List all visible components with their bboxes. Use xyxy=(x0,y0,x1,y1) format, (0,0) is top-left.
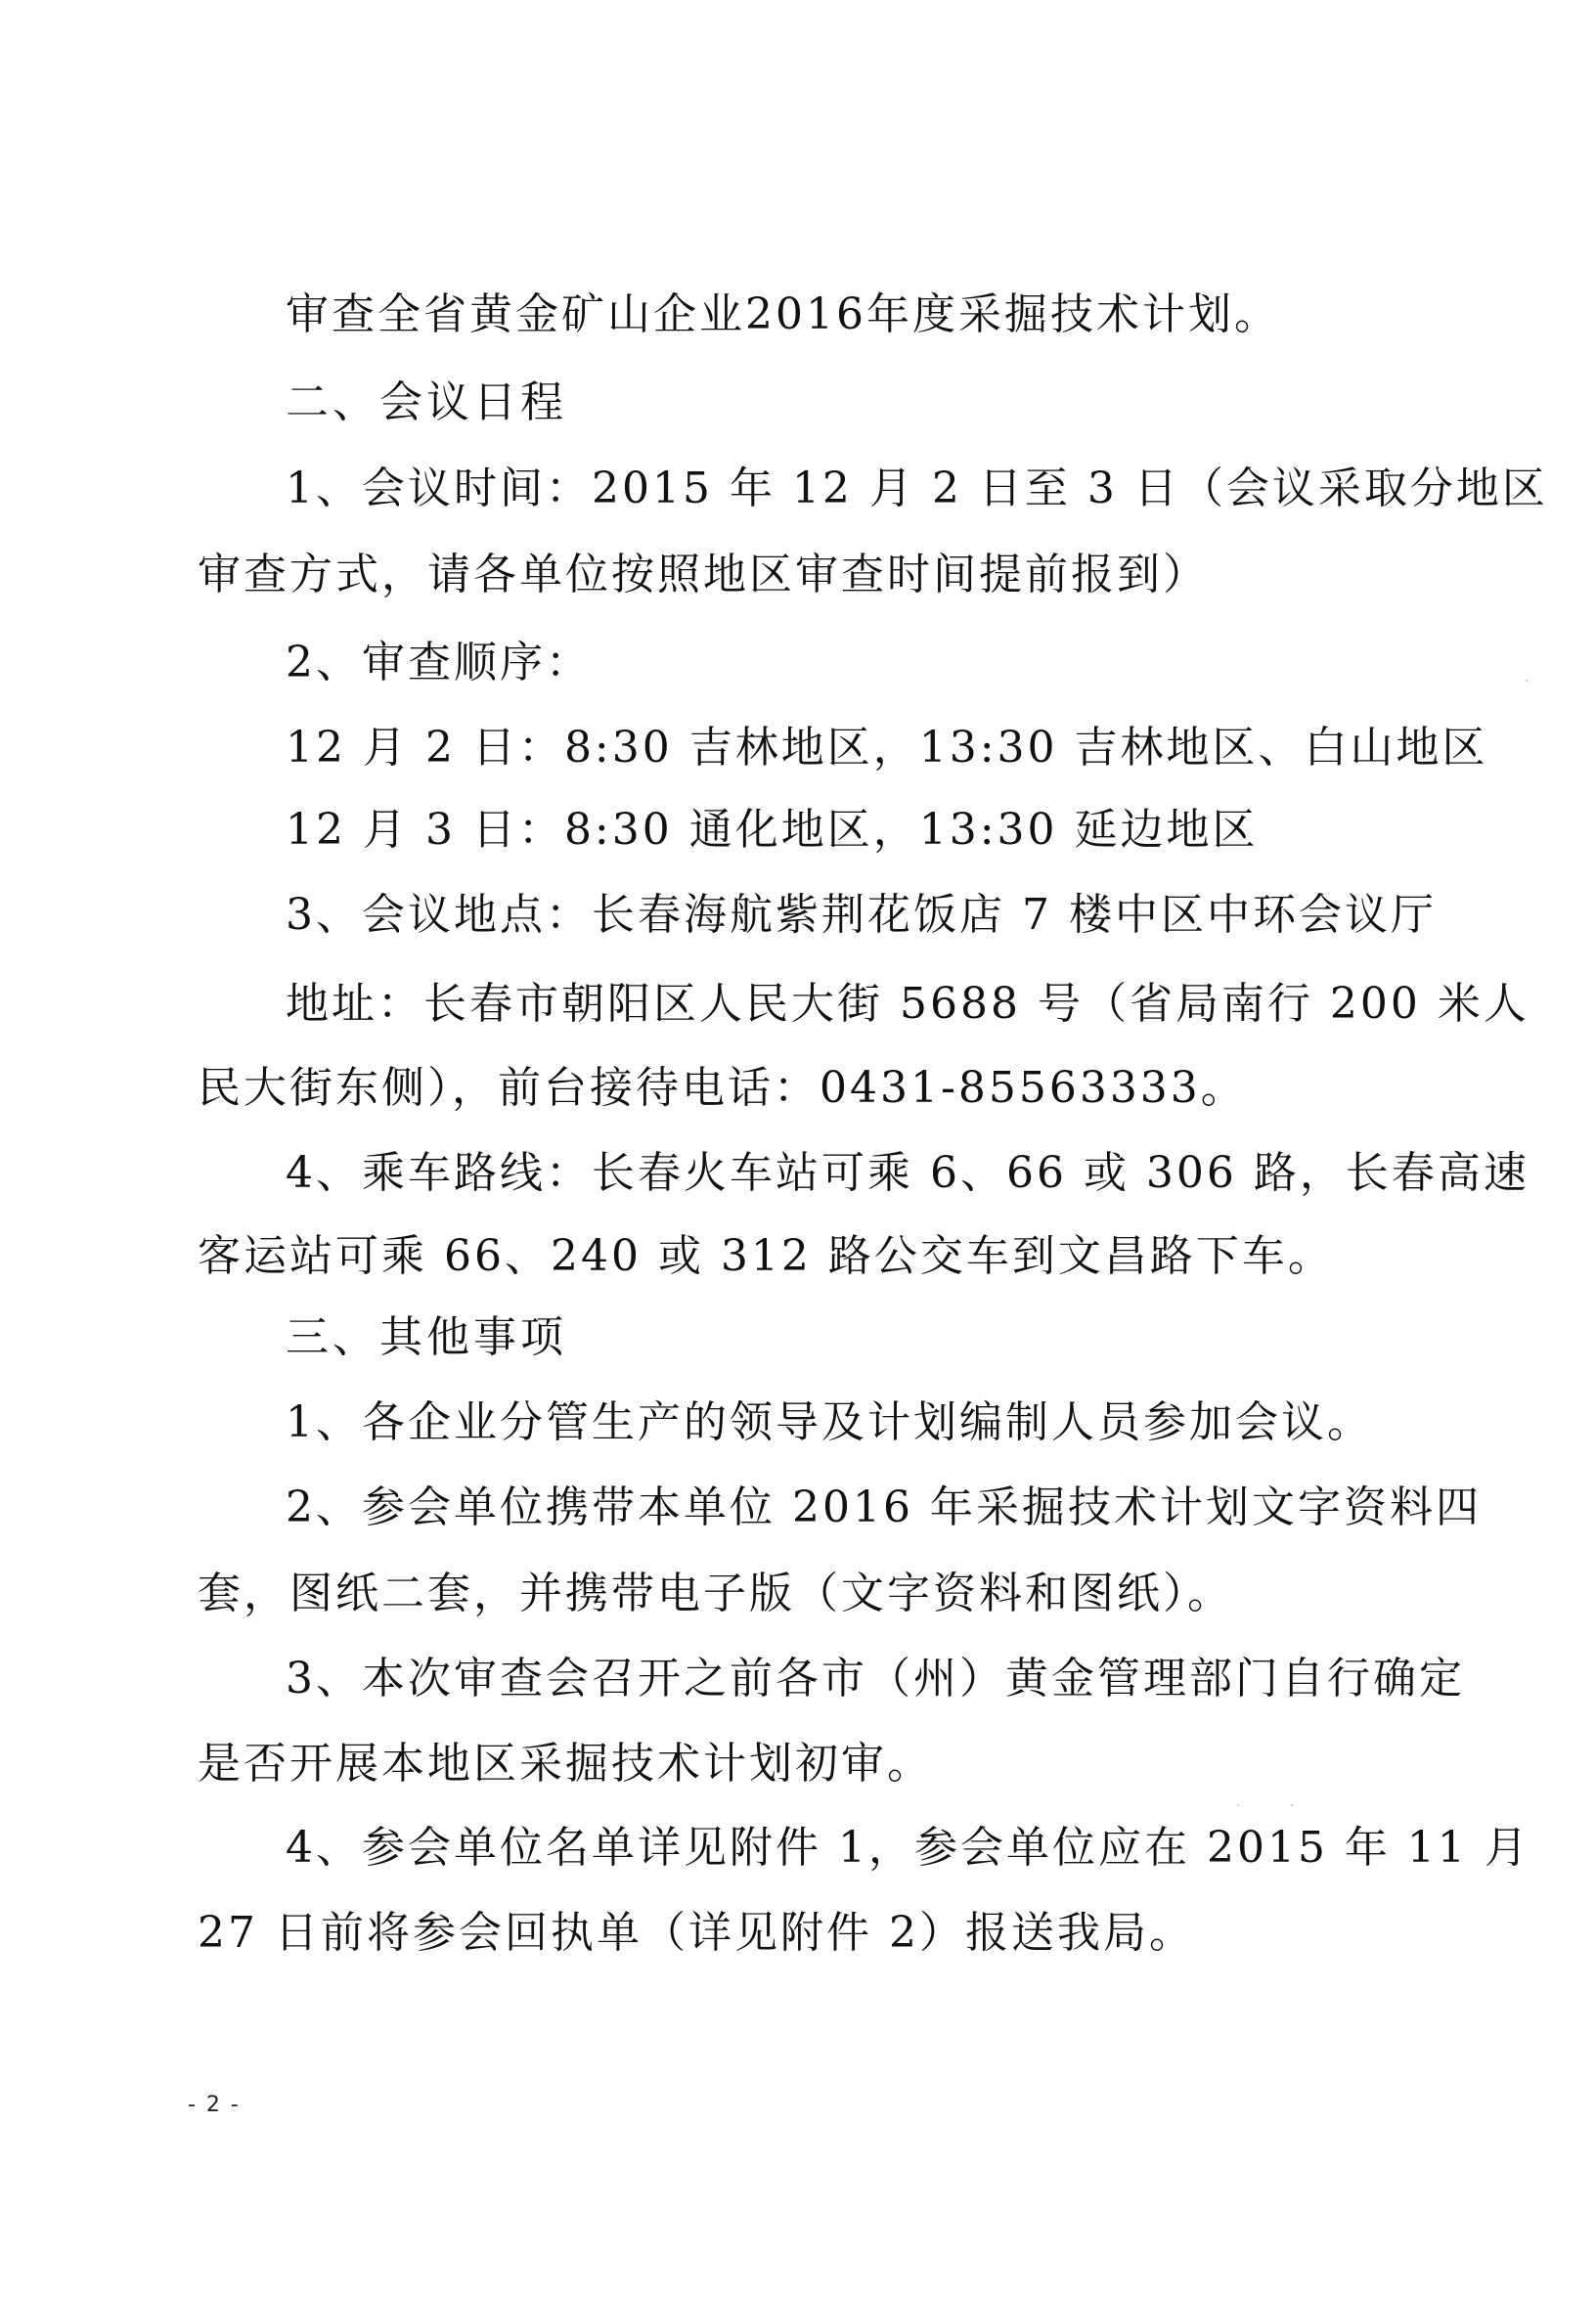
section-heading-other: 三、其他事项 xyxy=(286,1308,1400,1367)
paragraph-line: 套，图纸二套，并携带电子版（文字资料和图纸）。 xyxy=(198,1565,1400,1623)
paragraph-line: 客运站可乘 66、240 或 312 路公交车到文昌路下车。 xyxy=(198,1227,1400,1286)
paragraph-line: 审查方式，请各单位按照地区审查时间提前报到） xyxy=(198,546,1400,604)
scan-speck xyxy=(1526,680,1528,682)
paragraph-line: 3、本次审查会召开之前各市（州）黄金管理部门自行确定 xyxy=(286,1650,1400,1708)
scan-speck xyxy=(1237,1804,1239,1806)
paragraph-line: 4、参会单位名单详见附件 1，参会单位应在 2015 年 11 月 xyxy=(286,1819,1400,1878)
page-number: - 2 - xyxy=(188,2093,241,2117)
scan-speck xyxy=(1438,479,1440,481)
scan-speck xyxy=(1291,1804,1293,1806)
paragraph-line: 3、会议地点：长春海航紫荆花饭店 7 楼中区中环会议厅 xyxy=(286,886,1400,945)
paragraph-line: 2、审查顺序： xyxy=(286,634,1400,692)
address-line: 地址：长春市朝阳区人民大街 5688 号（省局南行 200 米人 xyxy=(286,975,1400,1034)
paragraph-line: 1、各企业分管生产的领导及计划编制人员参加会议。 xyxy=(286,1393,1400,1452)
paragraph-line: 审查全省黄金矿山企业2016年度采掘技术计划。 xyxy=(286,286,1400,344)
schedule-line-dec3: 12 月 3 日：8:30 通化地区，13:30 延边地区 xyxy=(286,801,1400,860)
paragraph-line: 4、乘车路线：长春火车站可乘 6、66 或 306 路，长春高速 xyxy=(286,1144,1400,1203)
paragraph-line: 27 日前将参会回执单（详见附件 2）报送我局。 xyxy=(198,1904,1400,1963)
paragraph-line: 是否开展本地区采掘技术计划初审。 xyxy=(198,1735,1400,1793)
paragraph-line: 1、会议时间：2015 年 12 月 2 日至 3 日（会议采取分地区 xyxy=(286,460,1400,518)
section-heading-schedule: 二、会议日程 xyxy=(286,374,1400,432)
address-line: 民大街东侧），前台接待电话：0431-85563333。 xyxy=(198,1059,1400,1118)
document-page: 审查全省黄金矿山企业2016年度采掘技术计划。 二、会议日程 1、会议时间：20… xyxy=(0,0,1596,2300)
paragraph-line: 2、参会单位携带本单位 2016 年采掘技术计划文字资料四 xyxy=(286,1479,1400,1537)
schedule-line-dec2: 12 月 2 日：8:30 吉林地区，13:30 吉林地区、白山地区 xyxy=(286,719,1400,777)
